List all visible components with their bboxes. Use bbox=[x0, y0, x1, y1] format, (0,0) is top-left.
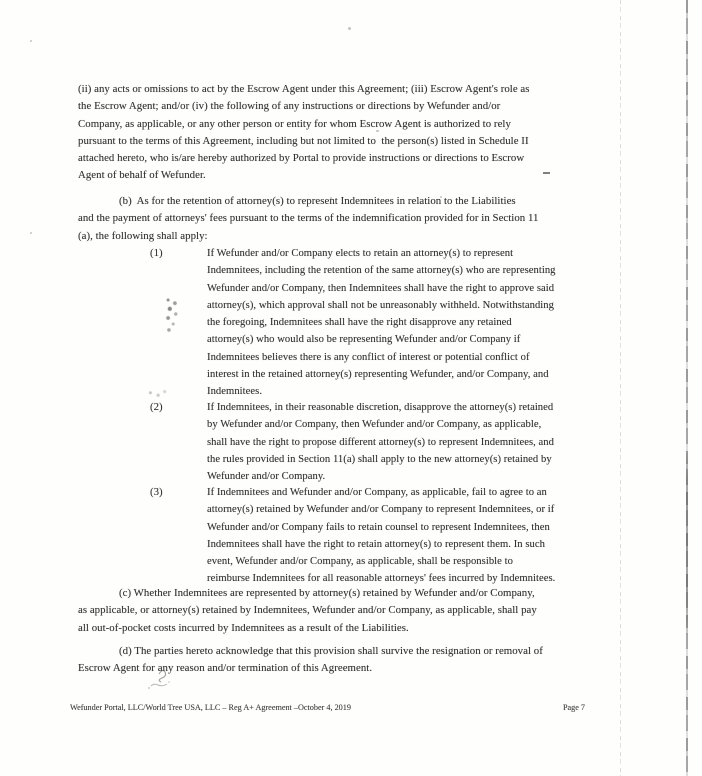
page-footer: Wefunder Portal, LLC/World Tree USA, LLC… bbox=[70, 703, 585, 712]
text-line: the rules provided in Section 11(a) shal… bbox=[207, 451, 600, 468]
paragraph-b-attorney-retention: (b) As for the retention of attorney(s) … bbox=[78, 193, 590, 245]
dust-speck bbox=[376, 130, 379, 132]
paragraph-c-costs: (c) Whether Indemnitees are represented … bbox=[78, 585, 590, 637]
list-marker-3: (3) bbox=[150, 484, 207, 501]
dust-speck bbox=[330, 197, 332, 199]
text-line: and the payment of attorneys' fees pursu… bbox=[78, 210, 590, 227]
text-line: as applicable, or attorney(s) retained b… bbox=[78, 602, 590, 619]
list-item-2: (2) If Indemnitees, in their reasonable … bbox=[150, 399, 600, 485]
list-item-1-text: If Wefunder and/or Company elects to ret… bbox=[207, 245, 600, 401]
text-line: Escrow Agent for any reason and/or termi… bbox=[78, 660, 590, 677]
text-line: shall have the right to propose differen… bbox=[207, 434, 600, 451]
text-line: pursuant to the terms of this Agreement,… bbox=[78, 133, 590, 150]
text-line: attorney(s), which approval shall not be… bbox=[207, 297, 600, 314]
paragraph-escrow-acts: (ii) any acts or omissions to act by the… bbox=[78, 81, 590, 185]
text-line: attorney(s) retained by Wefunder and/or … bbox=[207, 501, 600, 518]
text-line: (a), the following shall apply: bbox=[78, 228, 590, 245]
dust-speck bbox=[440, 196, 442, 198]
text-line: (c) Whether Indemnitees are represented … bbox=[78, 585, 590, 602]
scanned-document-page: (ii) any acts or omissions to act by the… bbox=[0, 0, 702, 776]
text-line: (d) The parties hereto acknowledge that … bbox=[78, 643, 590, 660]
text-line: Wefunder and/or Company fails to retain … bbox=[207, 519, 600, 536]
text-line: (b) As for the retention of attorney(s) … bbox=[78, 193, 590, 210]
footer-page-number: Page 7 bbox=[563, 703, 585, 712]
text-line: (ii) any acts or omissions to act by the… bbox=[78, 81, 590, 98]
list-item-3: (3) If Indemnitees and Wefunder and/or C… bbox=[150, 484, 600, 588]
scan-artifact-line-inner bbox=[620, 0, 621, 776]
dust-speck bbox=[348, 27, 351, 30]
text-line: Indemnitees believes there is any confli… bbox=[207, 349, 600, 366]
list-marker-2: (2) bbox=[150, 399, 207, 416]
text-line: Agent of behalf of Wefunder. bbox=[78, 167, 590, 184]
text-line: interest in the retained attorney(s) rep… bbox=[207, 366, 600, 383]
dust-speck bbox=[30, 40, 32, 42]
text-line: Indemnitees shall have the right to reta… bbox=[207, 536, 600, 553]
text-line: Wefunder and/or Company, then Indemnitee… bbox=[207, 280, 600, 297]
text-line: attached hereto, who is/are hereby autho… bbox=[78, 150, 590, 167]
text-line: event, Wefunder and/or Company, as appli… bbox=[207, 553, 600, 570]
list-item-3-text: If Indemnitees and Wefunder and/or Compa… bbox=[207, 484, 600, 588]
text-line: Indemnitees, including the retention of … bbox=[207, 262, 600, 279]
text-line: by Wefunder and/or Company, then Wefunde… bbox=[207, 416, 600, 433]
paragraph-d-survival: (d) The parties hereto acknowledge that … bbox=[78, 643, 590, 678]
text-line: If Indemnitees, in their reasonable disc… bbox=[207, 399, 600, 416]
list-item-1: (1) If Wefunder and/or Company elects to… bbox=[150, 245, 600, 401]
text-line: If Wefunder and/or Company elects to ret… bbox=[207, 245, 600, 262]
stray-dash-mark bbox=[543, 172, 550, 174]
text-line: all out-of-pocket costs incurred by Inde… bbox=[78, 620, 590, 637]
list-marker-1: (1) bbox=[150, 245, 207, 262]
text-line: Company, as applicable, or any other per… bbox=[78, 116, 590, 133]
text-line: attorney(s) who would also be representi… bbox=[207, 331, 600, 348]
footer-document-title: Wefunder Portal, LLC/World Tree USA, LLC… bbox=[70, 703, 351, 712]
list-item-2-text: If Indemnitees, in their reasonable disc… bbox=[207, 399, 600, 485]
dust-speck bbox=[30, 232, 32, 234]
text-line: If Indemnitees and Wefunder and/or Compa… bbox=[207, 484, 600, 501]
text-line: the Escrow Agent; and/or (iv) the follow… bbox=[78, 98, 590, 115]
scan-artifact-line-edge bbox=[686, 0, 688, 776]
text-line: the foregoing, Indemnitees shall have th… bbox=[207, 314, 600, 331]
text-line: Wefunder and/or Company. bbox=[207, 468, 600, 485]
